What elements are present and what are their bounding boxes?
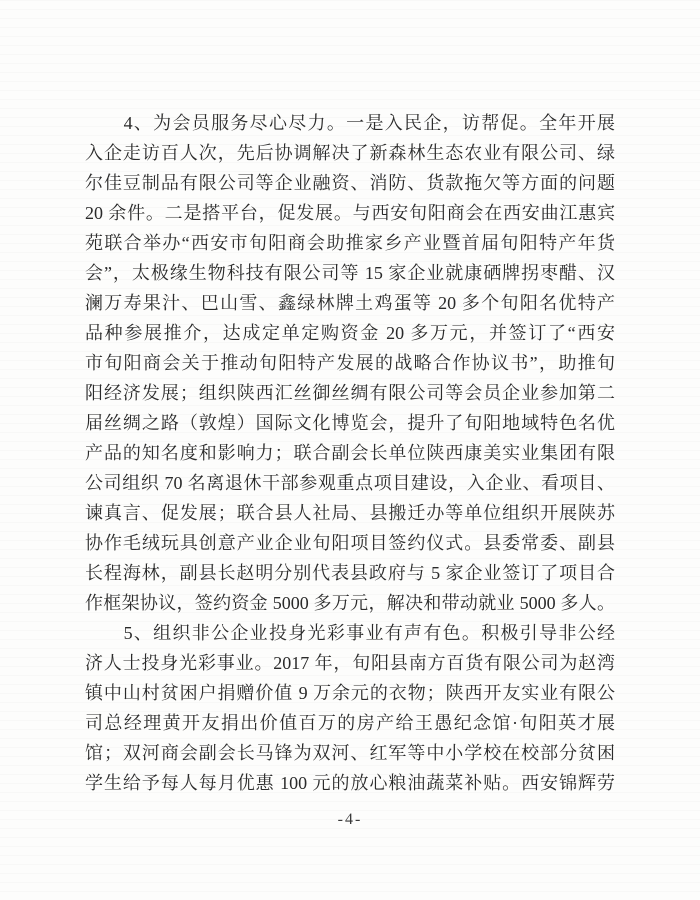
text-line: 品种参展推介，达成定单定购资金 20 多万元，并签订了“西安 <box>85 318 615 348</box>
paragraph: 5、组织非公企业投身光彩事业有声有色。积极引导非公经济人士投身光彩事业。2017… <box>85 618 615 798</box>
text-line: 济人士投身光彩事业。2017 年，旬阳县南方百货有限公司为赵湾 <box>85 648 615 678</box>
text-line: 阳经济发展；组织陕西汇丝御丝绸有限公司等会员企业参加第二 <box>85 378 615 408</box>
text-line: 公司组织 70 名离退休干部参观重点项目建设，入企业、看项目、 <box>85 468 615 498</box>
text-line: 镇中山村贫困户捐赠价值 9 万余元的衣物；陕西开友实业有限公 <box>85 678 615 708</box>
page-number: -4- <box>0 808 700 832</box>
document-page: 4、为会员服务尽心尽力。一是入民企，访帮促。全年开展入企走访百人次，先后协调解决… <box>0 0 700 900</box>
text-line: 谏真言、促发展；联合县人社局、县搬迁办等单位组织开展陕苏 <box>85 498 615 528</box>
paragraph: 4、为会员服务尽心尽力。一是入民企，访帮促。全年开展入企走访百人次，先后协调解决… <box>85 108 615 618</box>
text-line: 馆；双河商会副会长马锋为双河、红军等中小学校在校部分贫困 <box>85 738 615 768</box>
text-line: 苑联合举办“西安市旬阳商会助推家乡产业暨首届旬阳特产年货 <box>85 228 615 258</box>
text-line: 司总经理黄开友捐出价值百万的房产给王愚纪念馆·旬阳英才展 <box>85 708 615 738</box>
text-line: 产品的知名度和影响力；联合副会长单位陕西康美实业集团有限 <box>85 438 615 468</box>
text-line: 协作毛绒玩具创意产业企业旬阳项目签约仪式。县委常委、副县 <box>85 528 615 558</box>
text-line: 市旬阳商会关于推动旬阳特产发展的战略合作协议书”，助推旬 <box>85 348 615 378</box>
text-line: 届丝绸之路（敦煌）国际文化博览会，提升了旬阳地域特色名优 <box>85 408 615 438</box>
text-line: 20 余件。二是搭平台，促发展。与西安旬阳商会在西安曲江惠宾 <box>85 198 615 228</box>
text-line: 尔佳豆制品有限公司等企业融资、消防、货款拖欠等方面的问题 <box>85 168 615 198</box>
text-line: 澜万寿果汁、巴山雪、鑫绿林牌土鸡蛋等 20 多个旬阳名优特产 <box>85 288 615 318</box>
text-line: 学生给予每人每月优惠 100 元的放心粮油蔬菜补贴。西安锦辉劳 <box>85 768 615 798</box>
text-line: 入企走访百人次，先后协调解决了新森林生态农业有限公司、绿 <box>85 138 615 168</box>
document-body: 4、为会员服务尽心尽力。一是入民企，访帮促。全年开展入企走访百人次，先后协调解决… <box>85 108 615 798</box>
text-line: 4、为会员服务尽心尽力。一是入民企，访帮促。全年开展 <box>85 108 615 138</box>
text-line: 长程海林，副县长赵明分别代表县政府与 5 家企业签订了项目合 <box>85 558 615 588</box>
text-line: 会”，太极缘生物科技有限公司等 15 家企业就康硒牌拐枣醋、汉 <box>85 258 615 288</box>
text-line: 作框架协议，签约资金 5000 多万元，解决和带动就业 5000 多人。 <box>85 588 615 618</box>
text-line: 5、组织非公企业投身光彩事业有声有色。积极引导非公经 <box>85 618 615 648</box>
